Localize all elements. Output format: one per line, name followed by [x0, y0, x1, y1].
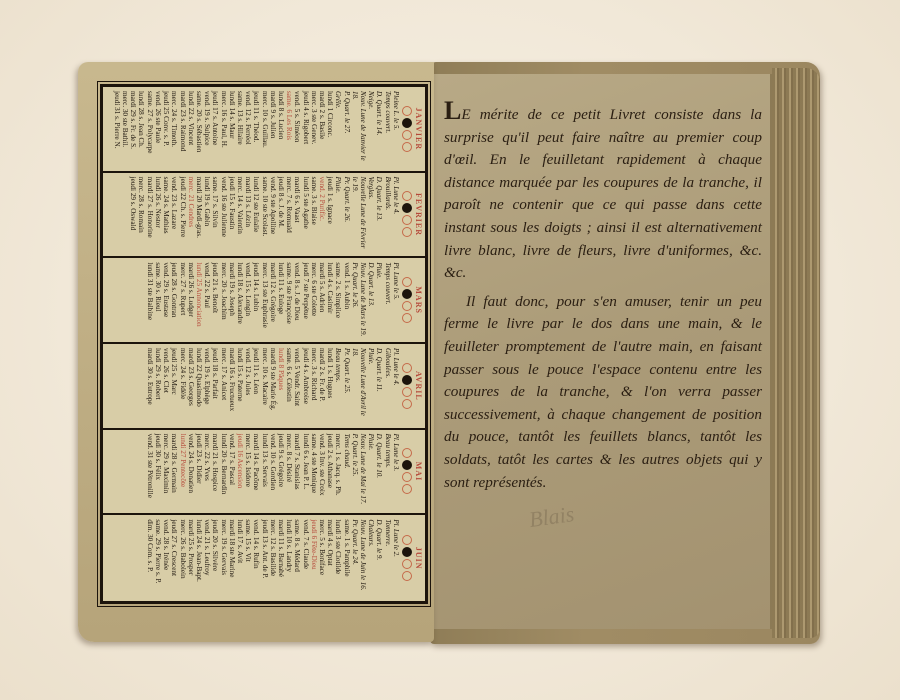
calendar-day: mardi 28 s. Germain [170, 434, 178, 510]
moon-full-icon [402, 535, 412, 545]
paragraph-2: Il faut donc, pour s'en amuser, tenir un… [444, 291, 762, 494]
calendar-day: lundi 1 Circonc. [326, 91, 334, 167]
calendar-day: mardi 5 s. Adrien [318, 262, 326, 338]
calendar-day: vend. 16 ste Julienne [219, 177, 227, 253]
calendar-month-juin: JUINPl. Lune le 2.Tonnerre.D. Quart. le … [103, 515, 425, 601]
open-almanac-book: LE mérite de ce petit Livret consiste da… [78, 62, 818, 642]
calendar-day: same. 30 s. Rieul [154, 262, 162, 338]
moon-new-icon [402, 375, 412, 385]
calendar-day: mardi 23 s. Georges [187, 348, 195, 424]
calendar-day: merc. 8 s. Désiré [285, 434, 293, 510]
calendar-day: jeudi 21 s. Benoît [211, 262, 219, 338]
moon-phase-note: Pr. Quart. le 26. [342, 177, 350, 253]
calendar-day: vend. 19 s. Elphège [203, 348, 211, 424]
calendar-day: jeudi 20 s. Silvère [211, 519, 219, 597]
calendar-day: merc. 10 s. Macaire [260, 348, 268, 424]
calendar-day: mardi 11 s. Barnabé [277, 519, 285, 597]
moon-phase-note: Pluie. [367, 434, 375, 510]
moon-phase-note: Chaleurs. [367, 519, 375, 597]
calendar-day: jeudi 16 Ascension [236, 434, 244, 510]
moon-phase-note: Pl. Lune le 2. [392, 519, 400, 597]
calendar-day: lundi 14 s. Maur [228, 91, 236, 167]
calendar-day: vend. 31 ste Pétronille [146, 434, 154, 510]
calendar-day: lundi 15 s. Paterne [236, 348, 244, 424]
calendar-day: vend. 5 s. Siméon [293, 91, 301, 167]
calendar-day: jeudi 25 s. Marc [170, 348, 178, 424]
calendar-day: same. 8 s. Médard [293, 519, 301, 597]
calendar-day: merc. 12 s. Basilide [269, 519, 277, 597]
moon-phase-note: D. Quart. le 13. [375, 177, 383, 253]
calendar-day: lundi 6 s. Jean P. L. [301, 434, 309, 510]
calendar-day: merc. 14 s. Valentin [236, 177, 244, 253]
calendar-day: merc. 10 s. Guillau. [260, 91, 268, 167]
calendar-day: mardi 27 s. Honorine [146, 177, 154, 253]
calendar-day: vend. 9 ste Apolline [269, 177, 277, 253]
calendar-day: jeudi 13 s. Ant. de P. [260, 519, 268, 597]
page-fore-edges [772, 68, 820, 638]
calendar-day: lundi 31 ste Balbine [146, 262, 154, 338]
calendar-day: merc. 16 s. Paul, H. [219, 91, 227, 167]
drop-cap: L [444, 96, 461, 125]
moon-full-icon [402, 191, 412, 201]
calendar-day: lundi 11 s. Euloge [277, 262, 285, 338]
calendar-day: jeudi 29 s. Oswald [129, 177, 137, 253]
moon-full-icon [402, 277, 412, 287]
calendar-day: mardi 20 Mardi-gras. [195, 177, 203, 253]
calendar-day: merc. 5 s. Boniface [318, 519, 326, 597]
left-page-calendar: JANVIERPleine L. le 5.Temps couvert.D. Q… [78, 62, 434, 642]
calendar-day: vend. 22 s. Paul [203, 262, 211, 338]
calendar-day: lundi 26 s. Nestor [154, 177, 162, 253]
calendar-day: mardi 2 s. Fr. de P. [318, 348, 326, 424]
calendar-day: merc. 29 s. Maximin [162, 434, 170, 510]
calendar-month-mai: MAIPl. Lune le 3.Beau temps.D. Quart. le… [103, 430, 425, 516]
moon-phase-note: D. Quart. le 13. [367, 262, 375, 338]
calendar-day: jeudi 28 s. Gontran [170, 262, 178, 338]
calendar-day: merc. 20 s. Joachim [219, 262, 227, 338]
moon-phase-note: D. Quart. le 10. [375, 434, 383, 510]
calendar-day: merc. 6 ste Colette [310, 262, 318, 338]
moon-full-icon [402, 106, 412, 116]
calendar-day: jeudi 11 s. Léon [252, 348, 260, 424]
calendar-day: lundi 17 s. Avit [236, 519, 244, 597]
moon-phase-note: Grêle. [334, 91, 342, 167]
calendar-day: mardi 12 s. Grégoire [269, 262, 277, 338]
calendar-day: jeudi 15 s. Faustin [228, 177, 236, 253]
calendar-day: lundi 22 Quasimodo [195, 348, 203, 424]
moon-phase-note: Pl. Lune le 3. [392, 434, 400, 510]
calendar-month-fevrier: FEVRIERPl. Lune le 4.Brouillards.D. Quar… [103, 173, 425, 259]
calendar-frame: JANVIERPleine L. le 5.Temps couvert.D. Q… [100, 84, 428, 604]
moon-phase-note: Pl. Lune le 4. [392, 348, 400, 424]
moon-new-icon [402, 289, 412, 299]
moon-phase-note: Giboulées. [383, 348, 391, 424]
calendar-month-janvier: JANVIERPleine L. le 5.Temps couvert.D. Q… [103, 87, 425, 173]
calendar-day: merc. 19 s. Gervais [219, 519, 227, 597]
calendar-day: vend. 3 Inv. ste Croix [318, 434, 326, 510]
moon-phase-note: Beau temps. [334, 348, 342, 424]
moon-phase-note: Tonnerre. [383, 519, 391, 597]
moon-phase-icons [402, 519, 412, 597]
calendar-day: merc. 3 ste Genev. [310, 91, 318, 167]
moon-phase-note: Pl. Lune le 4. [392, 177, 400, 253]
moon-phase-icons [402, 177, 412, 253]
calendar-day: vend. 14 s. Rufin [252, 519, 260, 597]
calendar-day: lundi 25 Annonciation [195, 262, 203, 338]
moon-new-icon [402, 547, 412, 557]
calendar-day: same. 20 s. Sébastien [195, 91, 203, 167]
calendar-day: same. 15 s. Vit [244, 519, 252, 597]
moon-quarter-icon [402, 399, 412, 409]
moon-phase-note: Pleine L. le 5. [392, 91, 400, 167]
calendar-day: jeudi 8 s. J. de M. [277, 177, 285, 253]
calendar-grid: JANVIERPleine L. le 5.Temps couvert.D. Q… [103, 87, 425, 601]
moon-quarter-icon [402, 484, 412, 494]
calendar-day: merc. 22 s. Yves [203, 434, 211, 510]
calendar-day: jeudi 9 s. Grégoire [277, 434, 285, 510]
paragraph-1: LE mérite de ce petit Livret consiste da… [444, 102, 762, 285]
calendar-day: same. 17 s. Silvin [211, 177, 219, 253]
calendar-day: vend. 5 Vendr. Saint [293, 348, 301, 424]
month-title: FEVRIER [414, 177, 422, 253]
calendar-day: mardi 9 ste Marie Ég. [269, 348, 277, 424]
calendar-day: jeudi 30 s. Félix [154, 434, 162, 510]
calendar-day: jeudi 4 s. Ambroise [301, 348, 309, 424]
calendar-day: lundi 28 s. Jean Ch. [137, 91, 145, 167]
calendar-day: vend. 8 s. J. de Dieu [293, 262, 301, 338]
calendar-day: lundi 24 s. Jean-Bapt. [195, 519, 203, 597]
moon-phase-note: D. Quart. le 11. [375, 348, 383, 424]
calendar-day: merc. 26 s. Babolein [178, 519, 186, 597]
calendar-day: lundi 3 ste Clotilde [334, 519, 342, 597]
moon-phase-note: Neige. [367, 91, 375, 167]
calendar-day: jeudi 11 s. Théod. [252, 91, 260, 167]
right-page: LE mérite de ce petit Livret consiste da… [434, 74, 772, 629]
calendar-day: merc. 13 ste Euphrasie [260, 262, 268, 338]
calendar-day: vend. 24 s. Donatien [187, 434, 195, 510]
calendar-day: merc. 17 s. Anicet [219, 348, 227, 424]
moon-quarter-icon [402, 313, 412, 323]
calendar-day: same. 2 s. Simplice [334, 262, 342, 338]
calendar-day: lundi 19 s. Gabin [203, 177, 211, 253]
moon-phase-note: Nouv. Lune de Janvier le 18. [351, 91, 367, 167]
calendar-day: same. 1 s. Pamphile [342, 519, 350, 597]
moon-phase-note: Pluie. [375, 262, 383, 338]
pencil-signature: Blais [527, 501, 575, 533]
calendar-day: merc. 28 s. Romain [137, 177, 145, 253]
moon-phase-note: Nouv. Lune de Mars le 19. [359, 262, 367, 338]
moon-phase-note: Nouv. Lune de Mai le 17. [359, 434, 367, 510]
moon-first-icon [402, 215, 412, 225]
moon-phase-note: Nouv. Lune de Juin le 16. [359, 519, 367, 597]
calendar-day: lundi 10 s. Landry [285, 519, 293, 597]
moon-phase-note: Pr. Quart. le 26. [351, 262, 359, 338]
moon-phase-icons [402, 262, 412, 338]
calendar-day: merc. 7 s. Romuald [285, 177, 293, 253]
moon-phase-note: Verglas. [367, 177, 375, 253]
calendar-day: mardi 2 s. Basile [318, 91, 326, 167]
calendar-day: lundi 18 s. Alexandre [236, 262, 244, 338]
calendar-day: lundi 12 ste Eulalie [252, 177, 260, 253]
calendar-day: merc. 1 s. Jacq. s. Ph. [334, 434, 342, 510]
preface-text: LE mérite de ce petit Livret consiste da… [444, 102, 762, 494]
moon-full-icon [402, 363, 412, 373]
calendar-day: mardi 19 s. Joseph [228, 262, 236, 338]
calendar-day: jeudi 2 s. Athanase [326, 434, 334, 510]
moon-phase-note: D. Quart. le 14. [375, 91, 383, 167]
calendar-day: lundi 4 s. Casimir [326, 262, 334, 338]
calendar-day: lundi 8 s. Lucien [277, 91, 285, 167]
calendar-day: mardi 7 s. Stanislas [293, 434, 301, 510]
moon-quarter-icon [402, 227, 412, 237]
calendar-day: merc. 30 ste Bathil. [121, 91, 129, 167]
calendar-day: lundi 20 s. Bernardin [219, 434, 227, 510]
calendar-day: vend. 2 Purific. [318, 177, 326, 253]
moon-phase-icons [402, 91, 412, 167]
moon-phase-note: Temps couvert. [383, 91, 391, 167]
moon-phase-note: P. Quart. le 27. [342, 91, 350, 167]
moon-phase-note: Pluie. [334, 177, 342, 253]
calendar-day: vend. 12 s. Ferréol [244, 91, 252, 167]
calendar-day: jeudi 18 s. Parfait [211, 348, 219, 424]
calendar-day: same. 13 s. Hilaire [236, 91, 244, 167]
calendar-day: mardi 26 s. Ludger [187, 262, 195, 338]
calendar-day: mardi 13 s. Lézin [244, 177, 252, 253]
moon-quarter-icon [402, 142, 412, 152]
moon-phase-note: Tems chaud. [342, 434, 350, 510]
calendar-day: vend. 10 s. Gordien [269, 434, 277, 510]
moon-quarter-icon [402, 571, 412, 581]
calendar-day: jeudi 6 Fête-Dieu [310, 519, 318, 597]
calendar-day: vend. 17 s. Pascal [228, 434, 236, 510]
calendar-day: merc. 24 s. Fidèle [178, 348, 186, 424]
calendar-day: lundi 29 s. Robert [154, 348, 162, 424]
moon-new-icon [402, 118, 412, 128]
calendar-day: dim. 30 Com. s. P. [146, 519, 154, 597]
calendar-day: lundi 13 s. Servais [260, 434, 268, 510]
calendar-day: mardi 23 s. Raimond [178, 91, 186, 167]
calendar-day: same. 9 ste Françoise [285, 262, 293, 338]
moon-phase-icons [402, 348, 412, 424]
calendar-day: jeudi 22 Ch. s. Pierre [178, 177, 186, 253]
moon-phase-note: Nouvelle Lune d'Avril le 18. [351, 348, 367, 424]
calendar-day: vend. 23 s. Lazare [170, 177, 178, 253]
moon-first-icon [402, 387, 412, 397]
calendar-day: jeudi 1 s. Ignace [326, 177, 334, 253]
calendar-day: same. 27 s. Polycarpe [146, 91, 154, 167]
calendar-day: same. 24 s. Mathias [162, 177, 170, 253]
calendar-day: same. 6 s. Célestin [285, 348, 293, 424]
calendar-day: vend. 29 s. Eustase [162, 262, 170, 338]
moon-first-icon [402, 472, 412, 482]
calendar-day: jeudi 27 s. Crescent [170, 519, 178, 597]
moon-phase-note: P. Quart. le 25. [351, 434, 359, 510]
calendar-day: jeudi 25 Conv. s. P. [162, 91, 170, 167]
calendar-day: vend. 7 s. Claude [301, 519, 309, 597]
calendar-day: merc. 21 Cendres [187, 177, 195, 253]
month-title: MAI [414, 434, 422, 510]
calendar-day: vend. 26 ste Paule [154, 91, 162, 167]
calendar-day: mardi 14 s. Pacôme [252, 434, 260, 510]
moon-phase-note: Temps couvert. [383, 262, 391, 338]
month-title: AVRIL [414, 348, 422, 424]
calendar-day: lundi 27 Pentecôte [178, 434, 186, 510]
calendar-month-mars: MARSPl. Lune le 5.Temps couvert.Pluie.D.… [103, 258, 425, 344]
calendar-day: mardi 21 s. Hospice [211, 434, 219, 510]
calendar-day: lundi 8 Pâques [277, 348, 285, 424]
calendar-day: vend. 15 s. Longin [244, 262, 252, 338]
calendar-day: vend. 12 s. Jules [244, 348, 252, 424]
moon-phase-note: Pluie. [367, 348, 375, 424]
calendar-day: jeudi 23 s. Didier [195, 434, 203, 510]
moon-phase-icons [402, 434, 412, 510]
calendar-day: vend. 19 s. Sulpice [203, 91, 211, 167]
calendar-day: vend. 26 s. Clet [162, 348, 170, 424]
moon-new-icon [402, 460, 412, 470]
calendar-day: merc. 15 s. Isidore [244, 434, 252, 510]
moon-first-icon [402, 301, 412, 311]
calendar-day: mardi 4 s. Optat [326, 519, 334, 597]
calendar-day: mardi 30 s. Eutrope [146, 348, 154, 424]
moon-phase-note: Beau temps. [383, 434, 391, 510]
month-title: MARS [414, 262, 422, 338]
moon-full-icon [402, 448, 412, 458]
calendar-day: lundi 1 s. Hugues [326, 348, 334, 424]
calendar-day: vend. 21 s. Leufroy [203, 519, 211, 597]
calendar-day: jeudi 17 s. Antoine [211, 91, 219, 167]
moon-phase-note: Nouvelle Lune de Février le 19. [351, 177, 367, 253]
calendar-month-avril: AVRILPl. Lune le 4.Giboulées.D. Quart. l… [103, 344, 425, 430]
calendar-day: lundi 5 ste Agathe [301, 177, 309, 253]
calendar-day: mardi 16 s. Fructueux [228, 348, 236, 424]
moon-phase-note: D. Quart. le 9. [375, 519, 383, 597]
calendar-day: mardi 18 ste Marine [228, 519, 236, 597]
calendar-day: same. 4 ste Monique [310, 434, 318, 510]
calendar-day: same. 10 ste Scolast. [260, 177, 268, 253]
moon-first-icon [402, 130, 412, 140]
calendar-day: same. 29 s. Pierre s. P. [154, 519, 162, 597]
month-title: JUIN [414, 519, 422, 597]
calendar-day: merc. 27 s. Rupert [178, 262, 186, 338]
calendar-day: jeudi 14 s. Lubin [252, 262, 260, 338]
calendar-day: vend. 1 s. Aubin [342, 262, 350, 338]
moon-phase-note: Pr. Quart. le 24. [351, 519, 359, 597]
calendar-day: merc. 3 s. Richard [310, 348, 318, 424]
calendar-day: merc. 24 s. Timoth. [170, 91, 178, 167]
moon-first-icon [402, 559, 412, 569]
moon-new-icon [402, 203, 412, 213]
month-title: JANVIER [414, 91, 422, 167]
calendar-day: mardi 6 s. Vaast [293, 177, 301, 253]
calendar-day: mardi 9 s. Julien [269, 91, 277, 167]
calendar-day: same. 3 s. Blaise [310, 177, 318, 253]
calendar-day: vend. 28 s. Irénée [162, 519, 170, 597]
calendar-day: jeudi 7 ste Perpétue [301, 262, 309, 338]
moon-phase-note: Brouillards. [383, 177, 391, 253]
calendar-day: mardi 25 s. Prosper [187, 519, 195, 597]
calendar-day: jeudi 31 s. Pierre N. [113, 91, 121, 167]
calendar-day: jeudi 4 s. Rigobert [301, 91, 309, 167]
calendar-day: same. 6 Les Rois [285, 91, 293, 167]
moon-phase-note: Pr. Quart. le 25. [342, 348, 350, 424]
calendar-day: lundi 22 s. Vincent [187, 91, 195, 167]
moon-phase-note: Pl. Lune le 5. [392, 262, 400, 338]
calendar-day: mardi 29 s. Fr. de S. [129, 91, 137, 167]
